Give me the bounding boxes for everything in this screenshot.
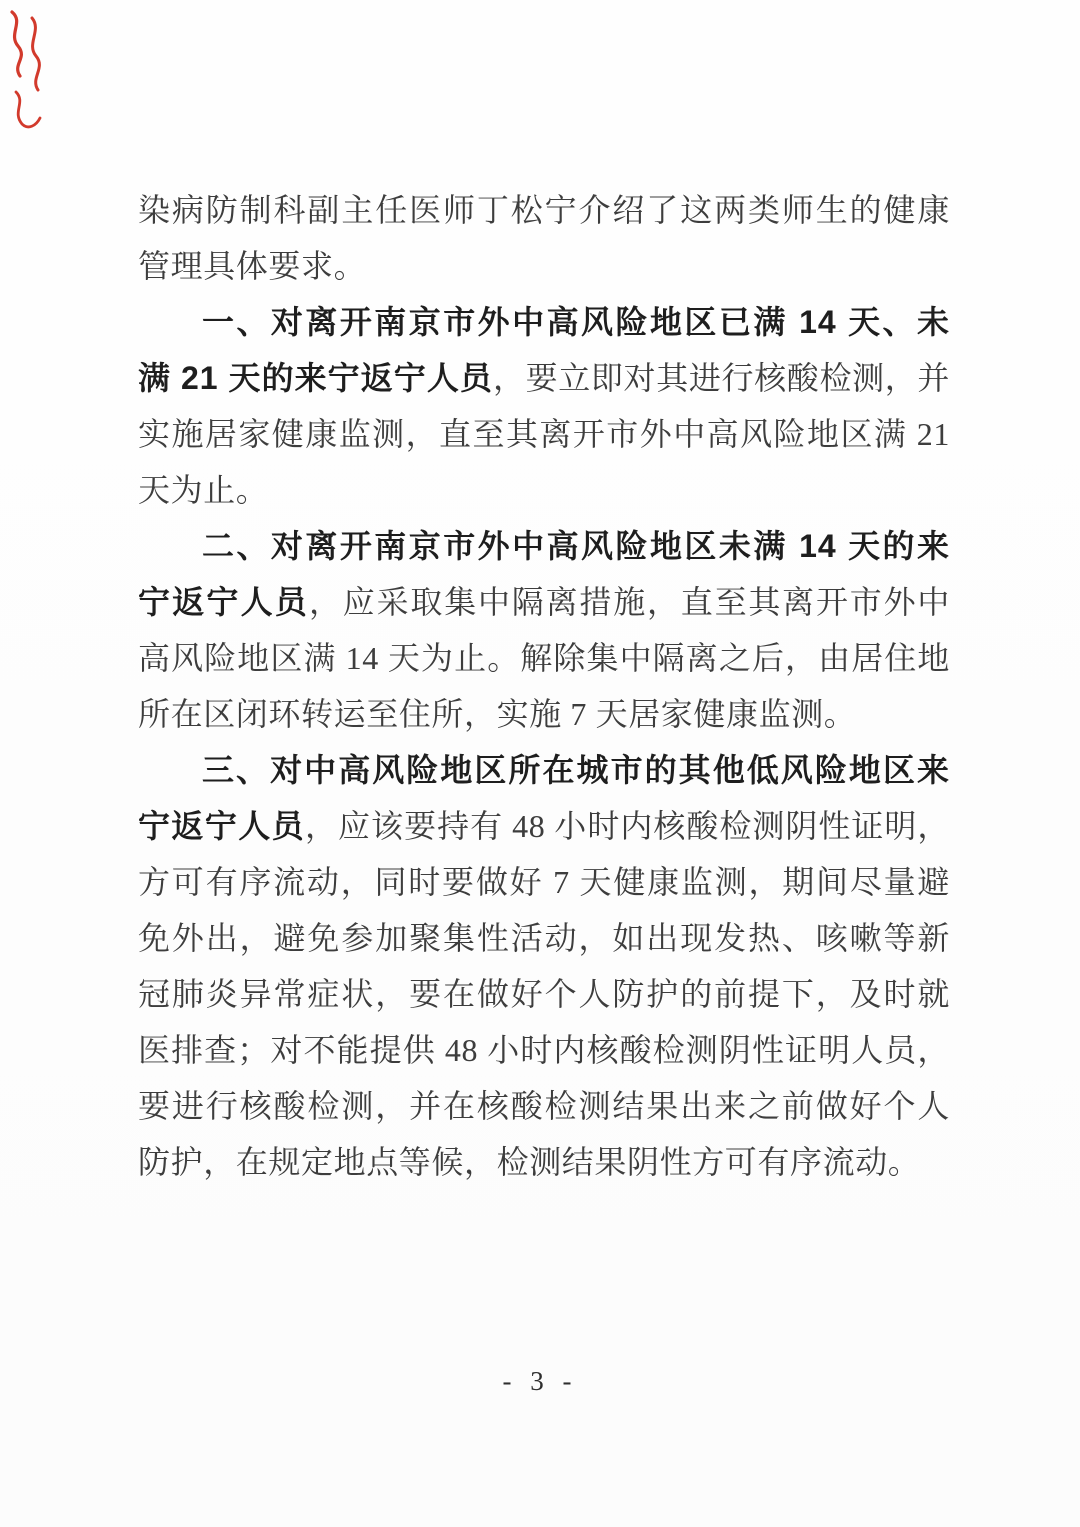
paragraph-intro: 染病防制科副主任医师丁松宁介绍了这两类师生的健康管理具体要求。: [138, 182, 950, 294]
rule-3-body-text: ，应该要持有 48 小时内核酸检测阴性证明，方可有序流动，同时要做好 7 天健康…: [138, 808, 950, 1180]
paragraph-rule-2: 二、对离开南京市外中高风险地区未满 14 天的来宁返宁人员，应采取集中隔离措施，…: [138, 518, 950, 742]
paragraph-rule-3: 三、对中高风险地区所在城市的其他低风险地区来宁返宁人员，应该要持有 48 小时内…: [138, 742, 950, 1190]
paragraph-text: 染病防制科副主任医师丁松宁介绍了这两类师生的健康管理具体要求。: [138, 192, 950, 284]
document-body: 染病防制科副主任医师丁松宁介绍了这两类师生的健康管理具体要求。 一、对离开南京市…: [138, 182, 950, 1190]
paragraph-rule-1: 一、对离开南京市外中高风险地区已满 14 天、未满 21 天的来宁返宁人员，要立…: [138, 294, 950, 518]
red-ink-scribble: [2, 4, 60, 136]
page-number: - 3 -: [0, 1366, 1080, 1397]
document-page: 染病防制科副主任医师丁松宁介绍了这两类师生的健康管理具体要求。 一、对离开南京市…: [0, 0, 1080, 1527]
